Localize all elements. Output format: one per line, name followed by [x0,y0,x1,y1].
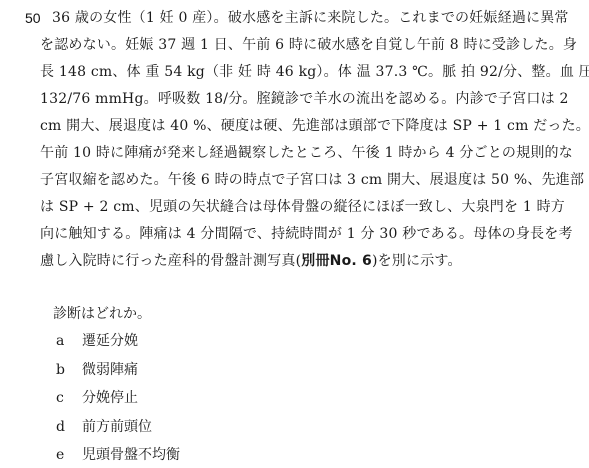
choice-a[interactable]: a 遷延分娩 [56,332,180,361]
question-stem: 36 歳の女性（1 妊 0 産）。破水感を主訴に来院した。これまでの妊娠経過に異… [40,9,580,279]
stem-line: を認めない。妊娠 37 週 1 日、午前 6 時に破水感を自覚し午前 8 時に受… [40,36,580,63]
choice-text: 前方前頭位 [82,418,152,447]
choice-text: 微弱陣痛 [82,361,138,390]
stem-line: 子宮収縮を認めた。午後 6 時の時点で子宮口は 3 cm 開大、展退度は 50 … [40,171,580,198]
stem-line: 132/76 mmHg。呼吸数 18/分。腟鏡診で羊水の流出を認める。内診で子宮… [40,90,580,117]
choice-text: 分娩停止 [82,389,138,418]
stem-tail: )を別に示す。 [372,253,462,269]
stem-line: 長 148 cm、体 重 54 kg（非 妊 時 46 kg）。体 温 37.3… [40,63,580,90]
choice-letter: a [56,332,82,361]
stem-line: cm 開大、展退度は 40 %、硬度は硬、先進部は頭部で下降度は SP + 1 … [40,117,580,144]
choice-letter: c [56,389,82,418]
choice-letter: d [56,418,82,447]
stem-line-last: 慮し入院時に行った産科的骨盤計測写真(別冊No. 6)を別に示す。 [40,252,580,279]
choice-d[interactable]: d 前方前頭位 [56,418,180,447]
appendix-reference: 別冊No. 6 [301,253,372,269]
exam-question-page: 50 36 歳の女性（1 妊 0 産）。破水感を主訴に来院した。これまでの妊娠経… [0,0,589,468]
choice-b[interactable]: b 微弱陣痛 [56,361,180,390]
choice-e[interactable]: e 児頭骨盤不均衡 [56,446,180,468]
choice-text: 遷延分娩 [82,332,138,361]
question-prompt: 診断はどれか。 [53,305,151,323]
choice-letter: b [56,361,82,390]
choice-text: 児頭骨盤不均衡 [82,446,180,468]
stem-text: 慮し入院時に行った産科的骨盤計測写真( [40,253,301,269]
choice-c[interactable]: c 分娩停止 [56,389,180,418]
stem-line: 向に触知する。陣痛は 4 分間隔で、持続時間が 1 分 30 秒である。母体の身… [40,225,580,252]
choice-letter: e [56,446,82,468]
question-number: 50 [25,9,41,27]
stem-line: 36 歳の女性（1 妊 0 産）。破水感を主訴に来院した。これまでの妊娠経過に異… [40,9,580,36]
stem-line: 午前 10 時に陣痛が発来し経過観察したところ、午後 1 時から 4 分ごとの規… [40,144,580,171]
answer-choices: a 遷延分娩 b 微弱陣痛 c 分娩停止 d 前方前頭位 e 児頭骨盤不均衡 [56,332,180,468]
stem-line: は SP + 2 cm、児頭の矢状縫合は母体骨盤の縦径にほぼ一致し、大泉門を 1… [40,198,580,225]
